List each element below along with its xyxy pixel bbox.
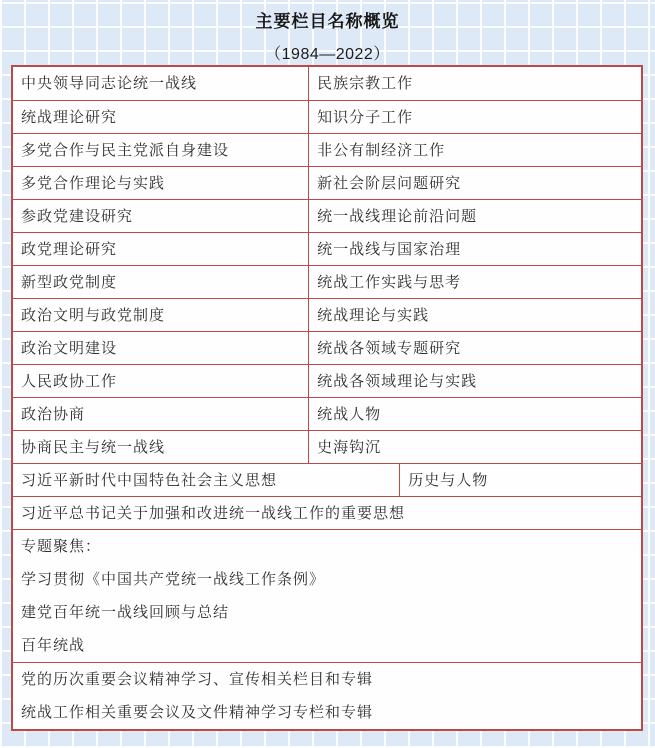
focus-line: 专题聚焦： [21,530,633,563]
cell-right: 历史与人物 [399,464,641,496]
cell-left: 习近平新时代中国特色社会主义思想 [13,464,399,496]
table-row: 多党合作与民主党派自身建设 非公有制经济工作 [13,133,641,166]
cell-right: 统战工作实践与思考 [308,266,641,298]
cell-left: 多党合作与民主党派自身建设 [13,134,308,166]
cell-right: 统一战线理论前沿问题 [308,200,641,232]
cell-left: 政治文明与政党制度 [13,299,308,331]
cell-left: 参政党建设研究 [13,200,308,232]
cell-left: 新型政党制度 [13,266,308,298]
cell-full: 党的历次重要会议精神学习、宣传相关栏目和专辑 统战工作相关重要会议及文件精神学习… [13,663,641,729]
table-row: 新型政党制度 统战工作实践与思考 [13,265,641,298]
cell-right: 知识分子工作 [308,101,641,133]
cell-right: 统一战线与国家治理 [308,233,641,265]
page-title: 主要栏目名称概览 [0,7,655,32]
focus-line: 百年统战 [21,629,633,662]
meetings-line: 统战工作相关重要会议及文件精神学习专栏和专辑 [21,696,633,729]
table-row: 统战理论研究 知识分子工作 [13,100,641,133]
cell-right: 非公有制经济工作 [308,134,641,166]
columns-table: 中央领导同志论统一战线 民族宗教工作 统战理论研究 知识分子工作 多党合作与民主… [11,65,643,731]
table-row: 政治文明建设 统战各领域专题研究 [13,331,641,364]
cell-left: 中央领导同志论统一战线 [13,67,308,100]
cell-left: 协商民主与统一战线 [13,431,308,463]
page: 主要栏目名称概览 （1984—2022） 中央领导同志论统一战线 民族宗教工作 … [0,0,655,748]
table-row: 政党理论研究 统一战线与国家治理 [13,232,641,265]
cell-right: 统战人物 [308,398,641,430]
table-row: 习近平总书记关于加强和改进统一战线工作的重要思想 [13,496,641,529]
cell-right: 统战各领域专题研究 [308,332,641,364]
cell-left: 政党理论研究 [13,233,308,265]
table-row: 政治协商 统战人物 [13,397,641,430]
page-subtitle: （1984—2022） [0,41,655,64]
cell-right: 统战各领域理论与实践 [308,365,641,397]
cell-left: 政治协商 [13,398,308,430]
cell-left: 人民政协工作 [13,365,308,397]
focus-line: 学习贯彻《中国共产党统一战线工作条例》 [21,563,633,596]
table-row: 协商民主与统一战线 史海钩沉 [13,430,641,463]
focus-line: 建党百年统一战线回顾与总结 [21,596,633,629]
table-row: 政治文明与政党制度 统战理论与实践 [13,298,641,331]
cell-right: 史海钩沉 [308,431,641,463]
table-row: 习近平新时代中国特色社会主义思想 历史与人物 [13,463,641,496]
cell-full: 专题聚焦： 学习贯彻《中国共产党统一战线工作条例》 建党百年统一战线回顾与总结 … [13,530,641,662]
cell-right: 统战理论与实践 [308,299,641,331]
table-row: 参政党建设研究 统一战线理论前沿问题 [13,199,641,232]
cell-full: 习近平总书记关于加强和改进统一战线工作的重要思想 [13,497,641,529]
table-row: 党的历次重要会议精神学习、宣传相关栏目和专辑 统战工作相关重要会议及文件精神学习… [13,662,641,729]
cell-left: 统战理论研究 [13,101,308,133]
meetings-line: 党的历次重要会议精神学习、宣传相关栏目和专辑 [21,663,633,696]
cell-right: 新社会阶层问题研究 [308,167,641,199]
cell-left: 政治文明建设 [13,332,308,364]
table-row: 专题聚焦： 学习贯彻《中国共产党统一战线工作条例》 建党百年统一战线回顾与总结 … [13,529,641,662]
table-row: 人民政协工作 统战各领域理论与实践 [13,364,641,397]
table-row: 中央领导同志论统一战线 民族宗教工作 [13,67,641,100]
cell-right: 民族宗教工作 [308,67,641,100]
cell-left: 多党合作理论与实践 [13,167,308,199]
table-row: 多党合作理论与实践 新社会阶层问题研究 [13,166,641,199]
